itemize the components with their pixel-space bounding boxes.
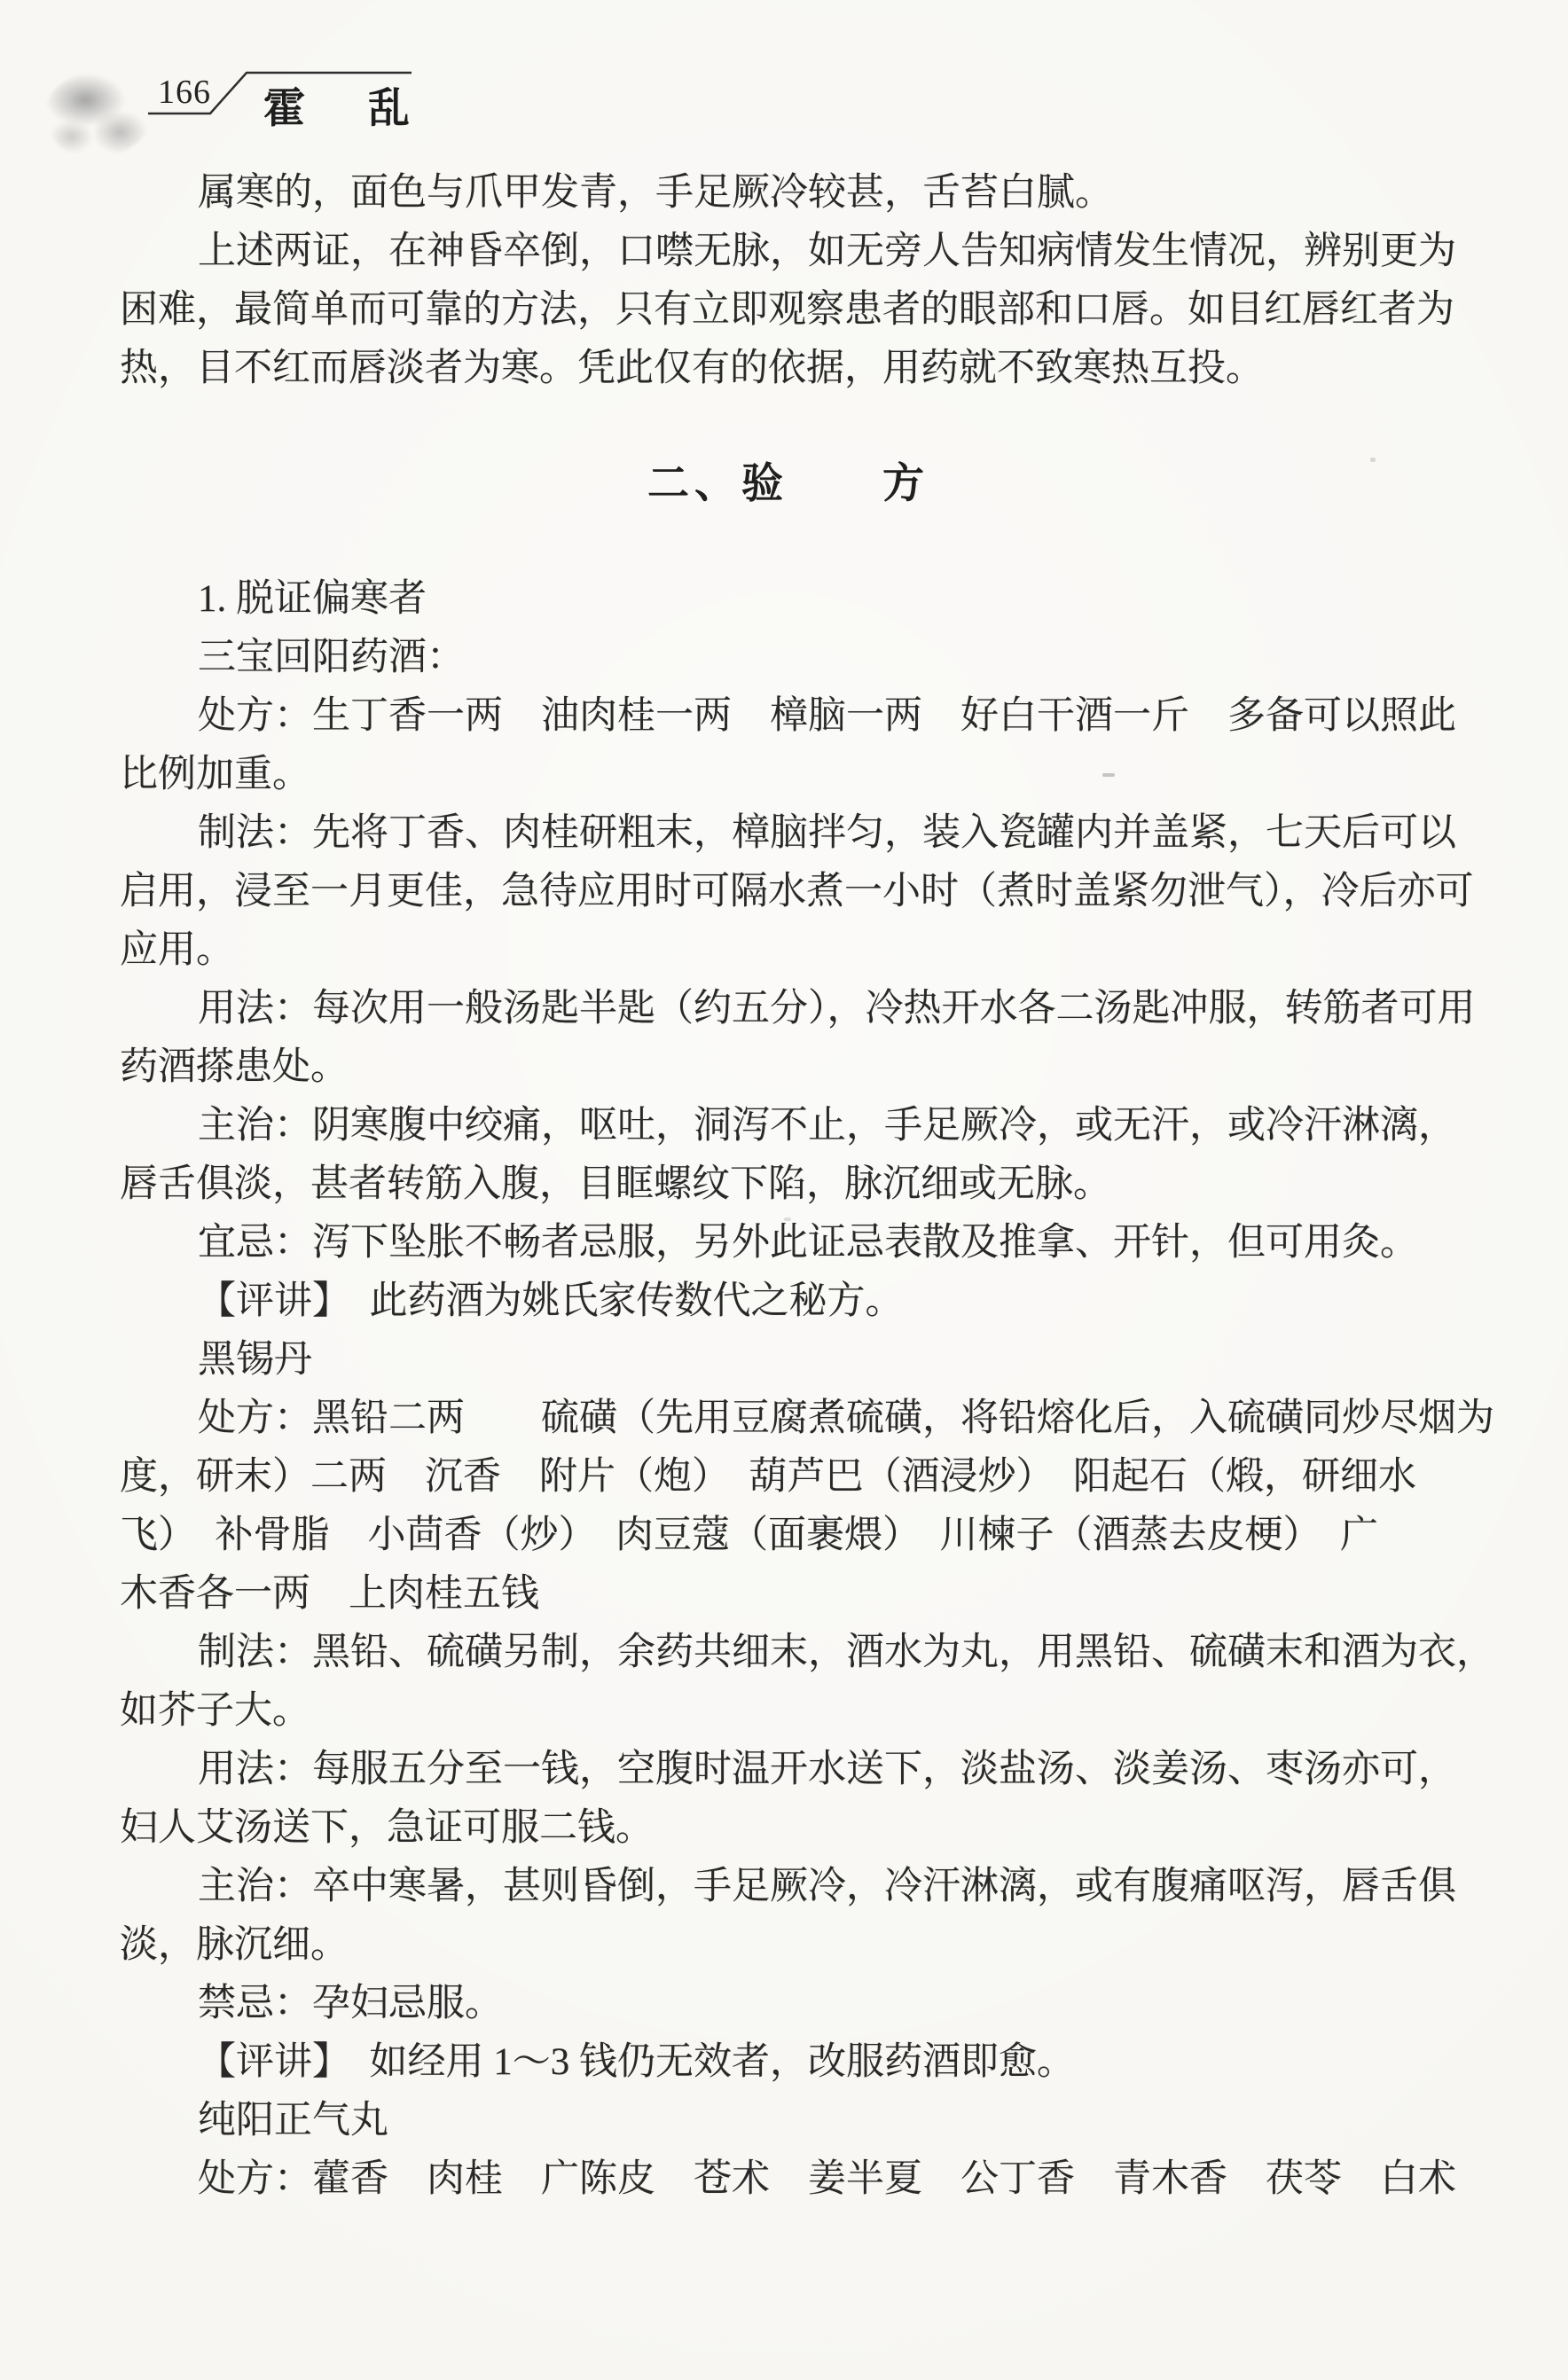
scan-speck (784, 1217, 791, 1221)
text-line: 黑锡丹 (120, 1331, 1457, 1390)
text-line: 妇人艾汤送下，急证可服二钱。 (120, 1799, 1457, 1858)
text-line: 宜忌：泻下坠胀不畅者忌服，另外此证忌表散及推拿、开针，但可用灸。 (120, 1214, 1457, 1272)
text-line: 如芥子大。 (120, 1682, 1457, 1741)
text-line: 处方：黑铅二两 硫磺（先用豆腐煮硫磺，将铅熔化后，入硫磺同炒尽烟为 (120, 1390, 1457, 1448)
text-line: 制法：先将丁香、肉桂研粗末，樟脑拌匀，装入瓷罐内并盖紧，七天后可以 (120, 804, 1457, 863)
text-line: 属寒的，面色与爪甲发青，手足厥冷较甚，舌苔白腻。 (120, 164, 1457, 223)
text-line: 淡，脉沉细。 (120, 1916, 1457, 1975)
text-line: 1. 脱证偏寒者 (120, 570, 1457, 629)
text-line: 启用，浸至一月更佳，急待应用时可隔水煮一小时（煮时盖紧勿泄气），冷后亦可 (120, 863, 1457, 921)
text-line: 用法：每服五分至一钱，空腹时温开水送下，淡盐汤、淡姜汤、枣汤亦可， (120, 1741, 1457, 1799)
scanned-book-page: 166 霍 乱 属寒的，面色与爪甲发青，手足厥冷较甚，舌苔白腻。 上述两证，在神… (0, 0, 1568, 2380)
text-line: 【评讲】 如经用 1～3 钱仍无效者，改服药酒即愈。 (120, 2033, 1457, 2092)
text-line: 比例加重。 (120, 746, 1457, 804)
scan-speck (1370, 458, 1376, 462)
text-line: 处方：藿香 肉桂 广陈皮 苍术 姜半夏 公丁香 青木香 茯苓 白术 (120, 2150, 1457, 2209)
text-line: 热，目不红而唇淡者为寒。凭此仅有的依据，用药就不致寒热互投。 (120, 340, 1457, 398)
text-line: 【评讲】 此药酒为姚氏家传数代之秘方。 (120, 1272, 1457, 1331)
text-line: 飞） 补骨脂 小茴香（炒） 肉豆蔻（面裹煨） 川楝子（酒蒸去皮梗） 广 (120, 1507, 1457, 1565)
chapter-title: 霍 乱 (263, 87, 420, 131)
text-line: 用法：每次用一般汤匙半匙（约五分），冷热开水各二汤匙冲服，转筋者可用 (120, 980, 1457, 1038)
section-heading: 二、验 方 (120, 398, 1457, 570)
text-line: 主治：卒中寒暑，甚则昏倒，手足厥冷，冷汗淋漓，或有腹痛呕泻，唇舌俱 (120, 1858, 1457, 1916)
text-line: 度，研末）二两 沉香 附片（炮） 葫芦巴（酒浸炒） 阳起石（煅，研细水 (120, 1448, 1457, 1507)
text-line: 木香各一两 上肉桂五钱 (120, 1565, 1457, 1624)
page-content: 属寒的，面色与爪甲发青，手足厥冷较甚，舌苔白腻。 上述两证，在神昏卒倒，口噤无脉… (120, 164, 1457, 2209)
text-line: 处方：生丁香一两 油肉桂一两 樟脑一两 好白干酒一斤 多备可以照此 (120, 687, 1457, 746)
text-line: 制法：黑铅、硫磺另制，余药共细末，酒水为丸，用黑铅、硫磺末和酒为衣， (120, 1624, 1457, 1682)
text-line: 禁忌：孕妇忌服。 (120, 1975, 1457, 2033)
text-line: 主治：阴寒腹中绞痛，呕吐，洞泻不止，手足厥冷，或无汗，或冷汗淋漓， (120, 1097, 1457, 1155)
text-line: 唇舌俱淡，甚者转筋入腹，目眶螺纹下陷，脉沉细或无脉。 (120, 1155, 1457, 1214)
text-line: 药酒搽患处。 (120, 1038, 1457, 1097)
text-line: 困难，最简单而可靠的方法，只有立即观察患者的眼部和口唇。如目红唇红者为 (120, 281, 1457, 340)
scan-speck (1102, 773, 1115, 777)
library-stamp-icon (44, 73, 153, 158)
text-line: 上述两证，在神昏卒倒，口噤无脉，如无旁人告知病情发生情况，辨别更为 (120, 223, 1457, 281)
text-line: 应用。 (120, 921, 1457, 980)
text-line: 纯阳正气丸 (120, 2092, 1457, 2150)
text-line: 三宝回阳药酒： (120, 629, 1457, 687)
